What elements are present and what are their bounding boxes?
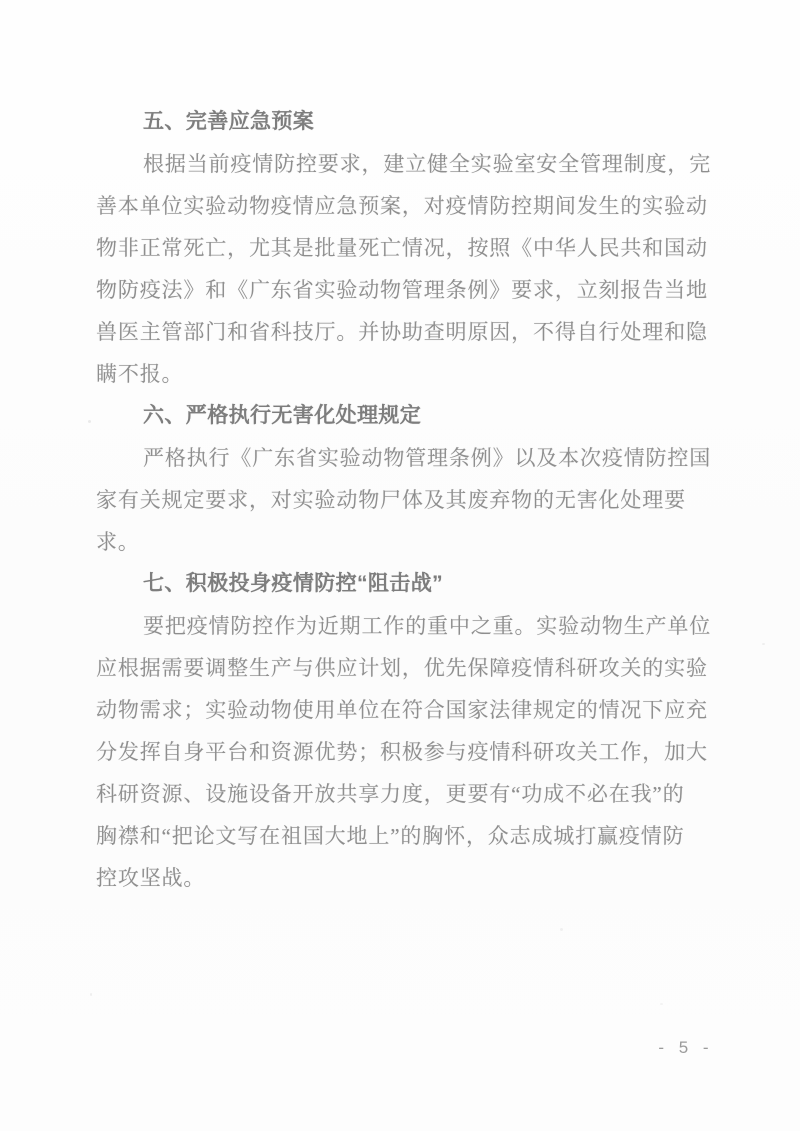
text-line: 胸襟和“把论文写在祖国大地上”的胸怀，众志成城打赢疫情防 [96,815,710,857]
text-line: 根据当前疫情防控要求，建立健全实验室安全管理制度，完 [96,143,710,185]
scan-speck [660,1003,663,1005]
document-body: 五、完善应急预案 根据当前疫情防控要求，建立健全实验室安全管理制度，完 善本单位… [96,101,710,899]
section-heading: 五、完善应急预案 [96,101,710,143]
scanned-document-page: 五、完善应急预案 根据当前疫情防控要求，建立健全实验室安全管理制度，完 善本单位… [0,0,800,1131]
text-line: 应根据需要调整生产与供应计划，优先保障疫情科研攻关的实验 [96,647,710,689]
text-line: 物非正常死亡，尤其是批量死亡情况，按照《中华人民共和国动 [96,227,710,269]
page-number: - 5 - [646,1033,726,1063]
scan-speck [90,993,92,996]
text-line: 要把疫情防控作为近期工作的重中之重。实验动物生产单位 [96,605,710,647]
text-line: 科研资源、设施设备开放共享力度，更要有“功成不必在我”的 [96,773,710,815]
text-line: 严格执行《广东省实验动物管理条例》以及本次疫情防控国 [96,437,710,479]
text-line: 兽医主管部门和省科技厅。并协助查明原因，不得自行处理和隐 [96,311,710,353]
scan-speck [560,928,563,931]
scan-speck [88,420,91,423]
text-line: 家有关规定要求，对实验动物尸体及其废弃物的无害化处理要 [96,479,710,521]
text-line: 善本单位实验动物疫情应急预案，对疫情防控期间发生的实验动 [96,185,710,227]
text-line: 动物需求；实验动物使用单位在符合国家法律规定的情况下应充 [96,689,710,731]
text-line: 求。 [96,521,710,563]
text-line: 物防疫法》和《广东省实验动物管理条例》要求，立刻报告当地 [96,269,710,311]
text-line: 瞒不报。 [96,353,710,395]
text-line: 控攻坚战。 [96,857,710,899]
scan-speck [762,643,765,645]
section-heading: 七、积极投身疫情防控“阻击战” [96,563,710,605]
text-line: 分发挥自身平台和资源优势；积极参与疫情科研攻关工作，加大 [96,731,710,773]
section-heading: 六、严格执行无害化处理规定 [96,395,710,437]
